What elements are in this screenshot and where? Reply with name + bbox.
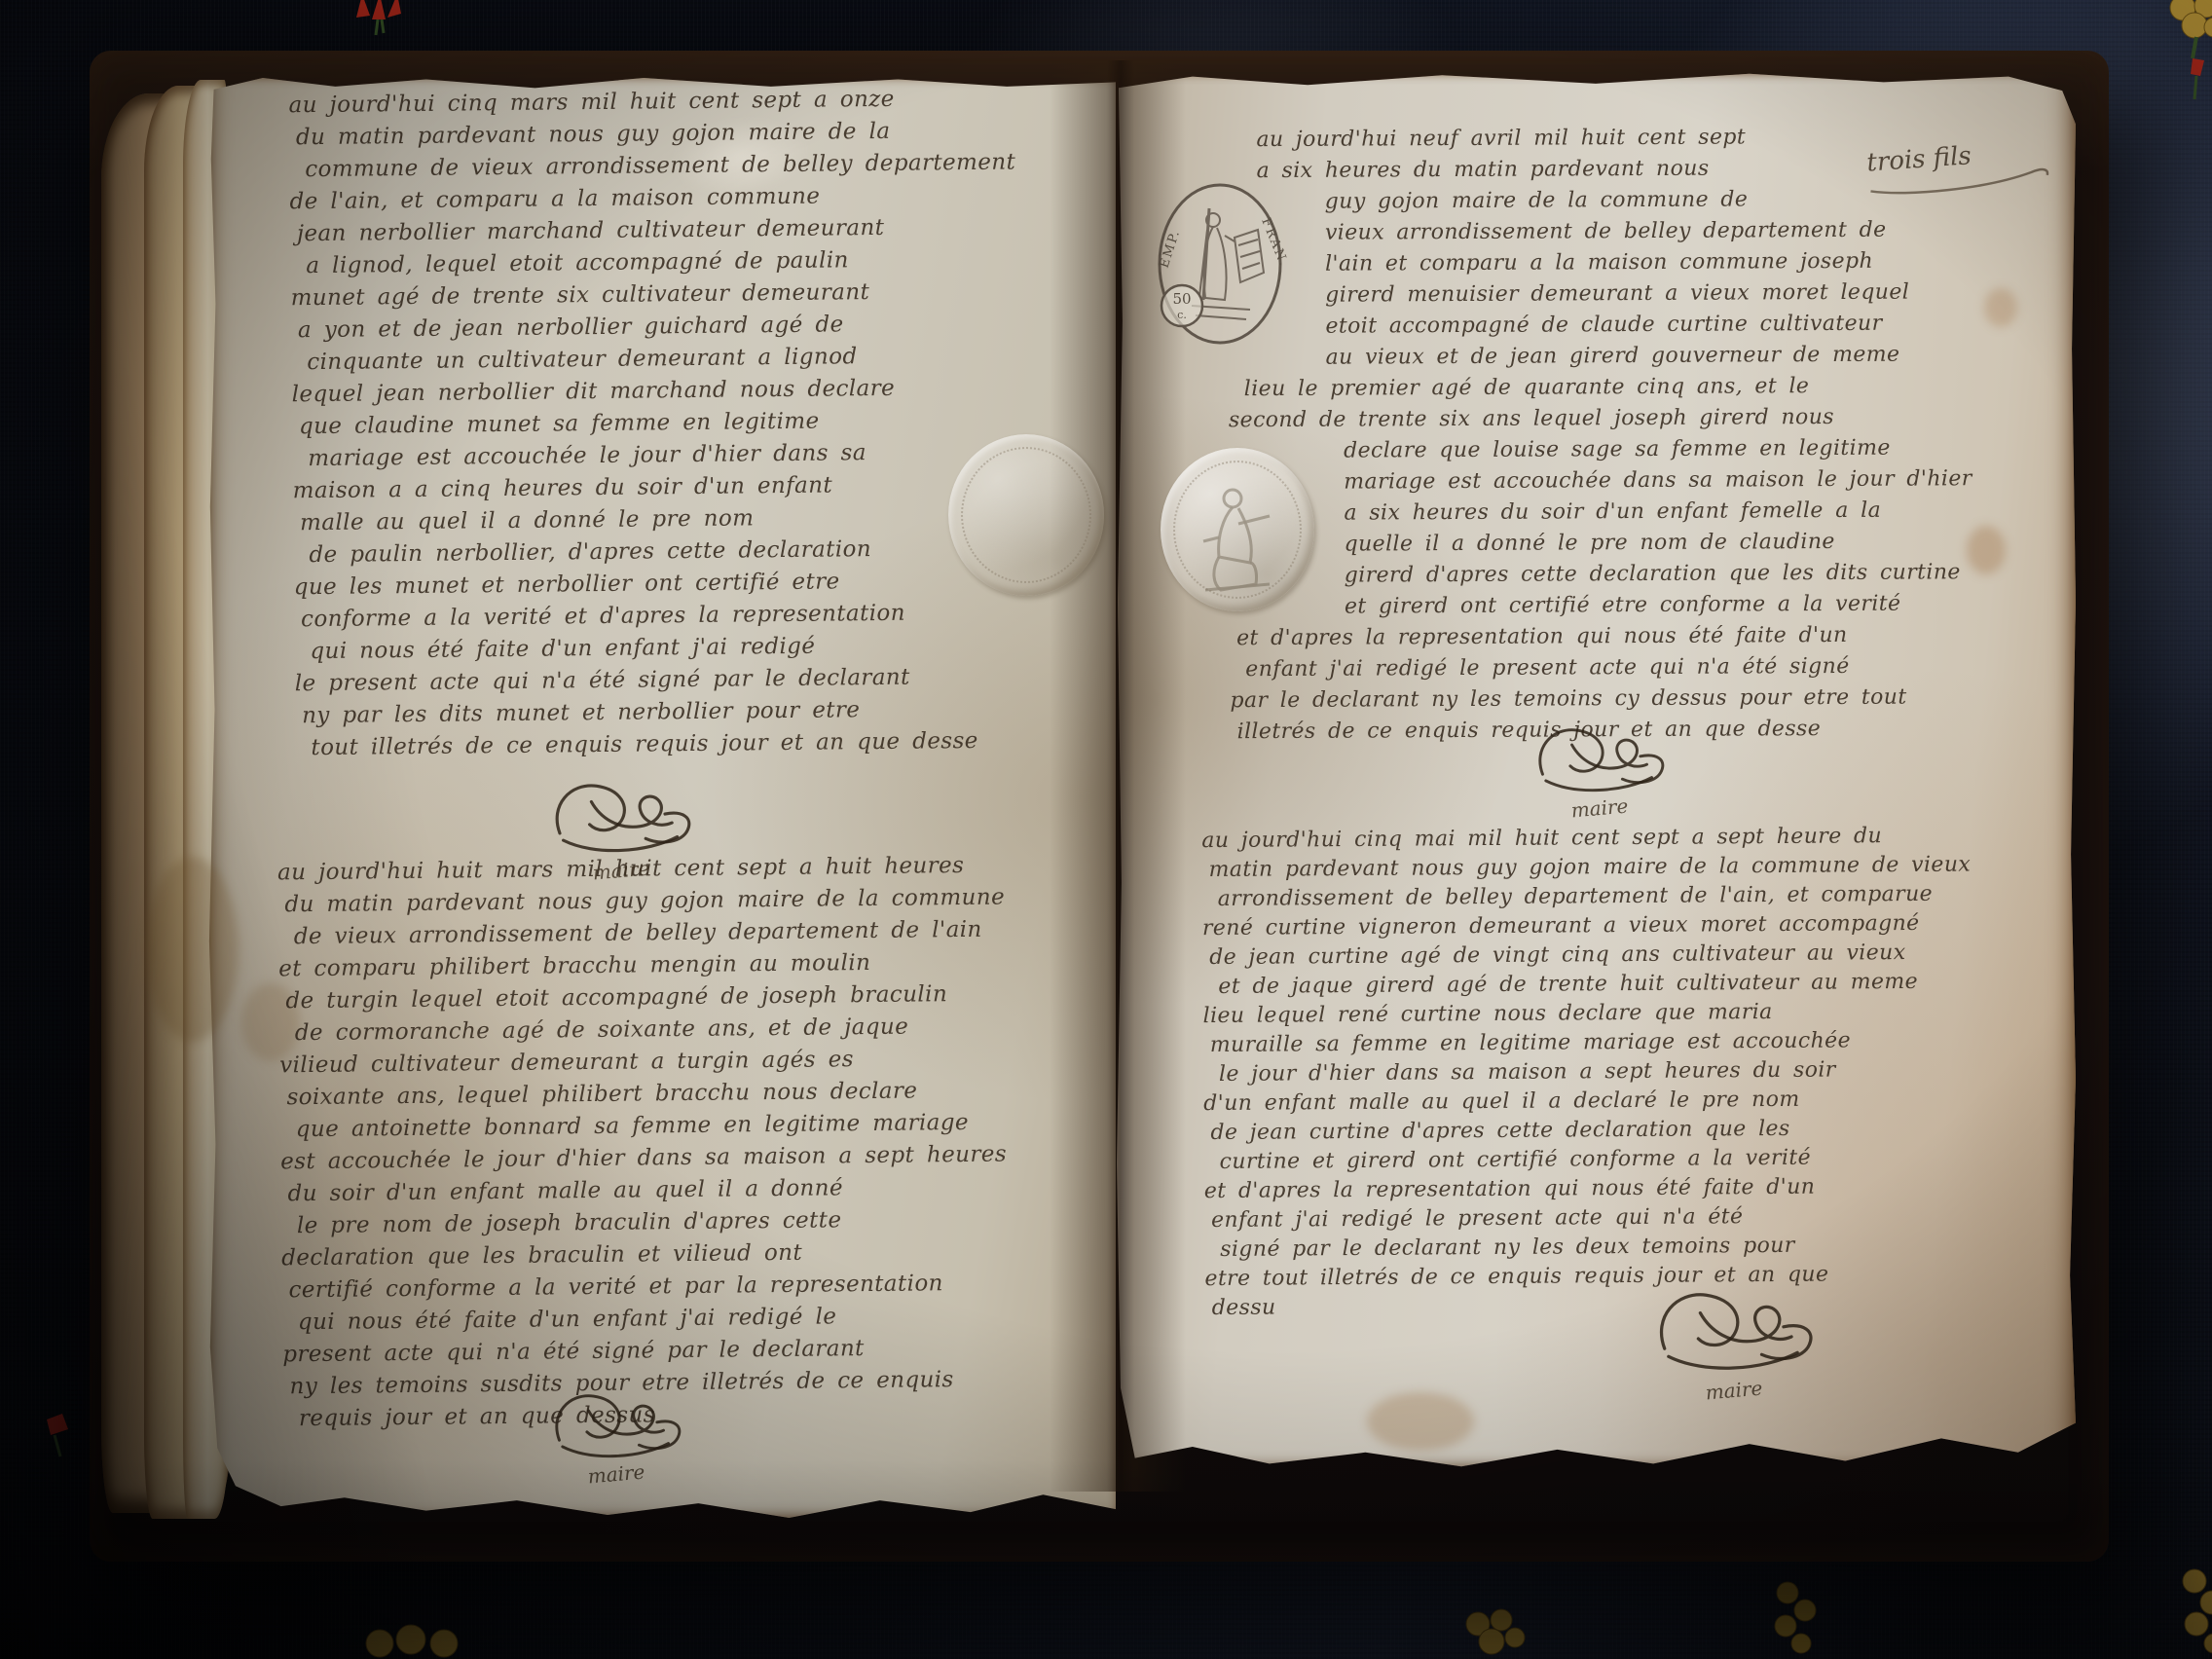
handwritten-line: girerd menuisier demeurant a vieux moret… <box>1325 276 2065 312</box>
mayor-signature: maire <box>534 775 709 882</box>
mayor-signature: maire <box>514 1386 719 1486</box>
birth-record-left-2: au jourd'hui huit mars mil huit cent sep… <box>277 849 1091 1436</box>
fabric-gold-flower-bottom4-icon <box>2173 1566 2212 1659</box>
photo-scene: 50 c. EMP. FRAN. au jourd'hui cinq mars … <box>0 0 2212 1659</box>
handwritten-line: enfant j'ai redigé le present acte qui n… <box>1245 650 2067 685</box>
fabric-red-bud-left-icon <box>41 1412 76 1462</box>
mayor-signature: maire <box>1612 1283 1856 1402</box>
paper-stain <box>1367 1392 1474 1451</box>
birth-record-left-1: au jourd'hui cinq mars mil huit cent sep… <box>288 82 1093 765</box>
fabric-gold-flower-bottom3-icon <box>1768 1577 1823 1659</box>
fabric-gold-flower-bottom1-icon <box>362 1624 463 1659</box>
handwritten-line: girerd d'apres cette declaration que les… <box>1345 557 2067 592</box>
handwritten-line: etoit accompagné de claude curtine culti… <box>1325 308 2065 343</box>
fabric-gold-flower-bottom2-icon <box>1460 1608 1530 1659</box>
handwritten-line: declare que louise sage sa femme en legi… <box>1344 432 2066 467</box>
mayor-signature: maire <box>1507 720 1692 820</box>
birth-record-right-1: au jourd'hui neuf avril mil huit cent se… <box>1227 121 2067 748</box>
handwritten-line: et d'apres la representation qui nous ét… <box>1236 619 2067 654</box>
handwritten-line: lieu le premier agé de quarante cinq ans… <box>1244 370 2066 405</box>
birth-record-right-2: au jourd'hui cinq mai mil huit cent sept… <box>1201 821 2062 1323</box>
handwritten-line: mariage est accouchée dans sa maison le … <box>1344 463 2066 498</box>
handwritten-line: second de trente six ans lequel joseph g… <box>1229 401 2066 437</box>
fabric-red-bud-icon <box>2185 56 2212 105</box>
handwritten-line: par le declarant ny les temoins cy dessu… <box>1230 682 2067 718</box>
handwritten-line: quelle il a donné le pre nom de claudine <box>1345 526 2067 561</box>
handwritten-line: a six heures du soir d'un enfant femelle… <box>1344 495 2066 530</box>
handwritten-line: et girerd ont certifié etre conforme a l… <box>1345 588 2067 623</box>
stamp-value: 50 <box>1172 290 1191 308</box>
handwritten-line: vieux arrondissement de belley departeme… <box>1325 214 2065 249</box>
paper-stain <box>146 857 239 1042</box>
fabric-red-flower-icon <box>343 0 421 41</box>
stamp-unit: c. <box>1177 309 1187 321</box>
handwritten-line: l'ain et comparu a la maison commune jos… <box>1325 245 2065 280</box>
handwritten-line: au vieux et de jean girerd gouverneur de… <box>1326 339 2066 374</box>
